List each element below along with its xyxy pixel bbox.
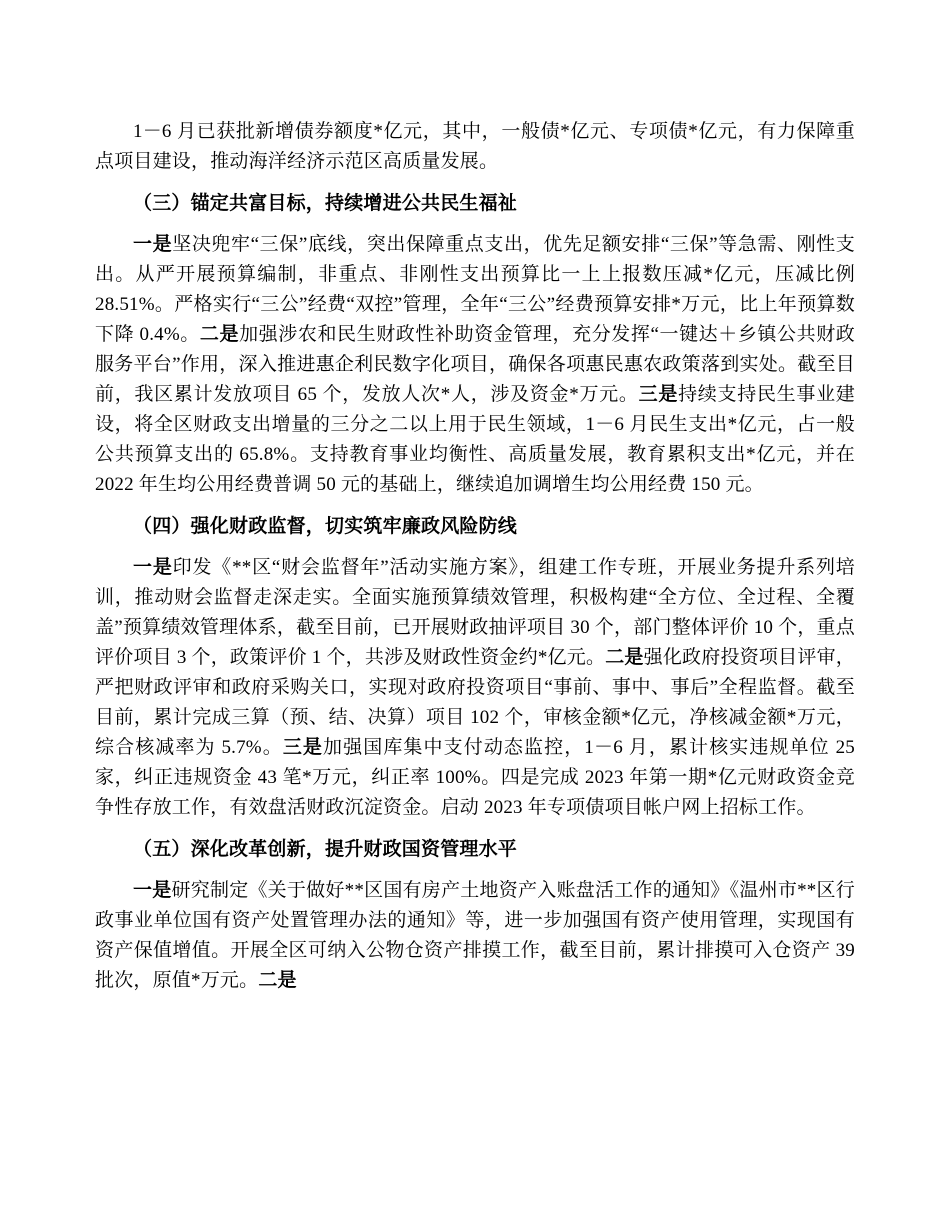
bold-run: 一是 xyxy=(133,234,172,255)
bold-run: 二是 xyxy=(258,970,296,991)
heading-section-5: （五）深化改革创新，提升财政国资管理水平 xyxy=(95,835,855,865)
bold-run: 二是 xyxy=(200,324,239,345)
text-run: 研究制定《关于做好**区国有房产土地资产入账盘活工作的通知》《温州市**区行政事… xyxy=(95,880,855,991)
heading-section-4: （四）强化财政监督，切实筑牢廉政风险防线 xyxy=(95,512,855,542)
bold-run: 一是 xyxy=(133,557,173,578)
para-section-5-body: 一是研究制定《关于做好**区国有房产土地资产入账盘活工作的通知》《温州市**区行… xyxy=(95,876,855,996)
text-run: 1－6 月已获批新增债券额度*亿元，其中，一般债*亿元、专项债*亿元，有力保障重… xyxy=(95,121,855,172)
bold-run: 二是 xyxy=(605,647,643,668)
heading-section-3: （三）锚定共富目标，持续增进公共民生福祉 xyxy=(95,189,855,219)
bold-run: （五）深化改革创新，提升财政国资管理水平 xyxy=(133,839,517,860)
bold-run: （四）强化财政监督，切实筑牢廉政风险防线 xyxy=(133,516,517,537)
document-body: 1－6 月已获批新增债券额度*亿元，其中，一般债*亿元、专项债*亿元，有力保障重… xyxy=(95,117,855,996)
bold-run: （三）锚定共富目标，持续增进公共民生福祉 xyxy=(133,193,517,214)
bold-run: 三是 xyxy=(283,737,323,758)
bold-run: 三是 xyxy=(639,384,678,405)
para-debt-quota: 1－6 月已获批新增债券额度*亿元，其中，一般债*亿元、专项债*亿元，有力保障重… xyxy=(95,117,855,177)
document-page: 1－6 月已获批新增债券额度*亿元，其中，一般债*亿元、专项债*亿元，有力保障重… xyxy=(0,0,950,1230)
bold-run: 一是 xyxy=(133,880,171,901)
para-section-3-body: 一是坚决兜牢“三保”底线，突出保障重点支出，优先足额安排“三保”等急需、刚性支出… xyxy=(95,230,855,500)
para-section-4-body: 一是印发《**区“财会监督年”活动实施方案》，组建工作专班，开展业务提升系列培训… xyxy=(95,553,855,823)
